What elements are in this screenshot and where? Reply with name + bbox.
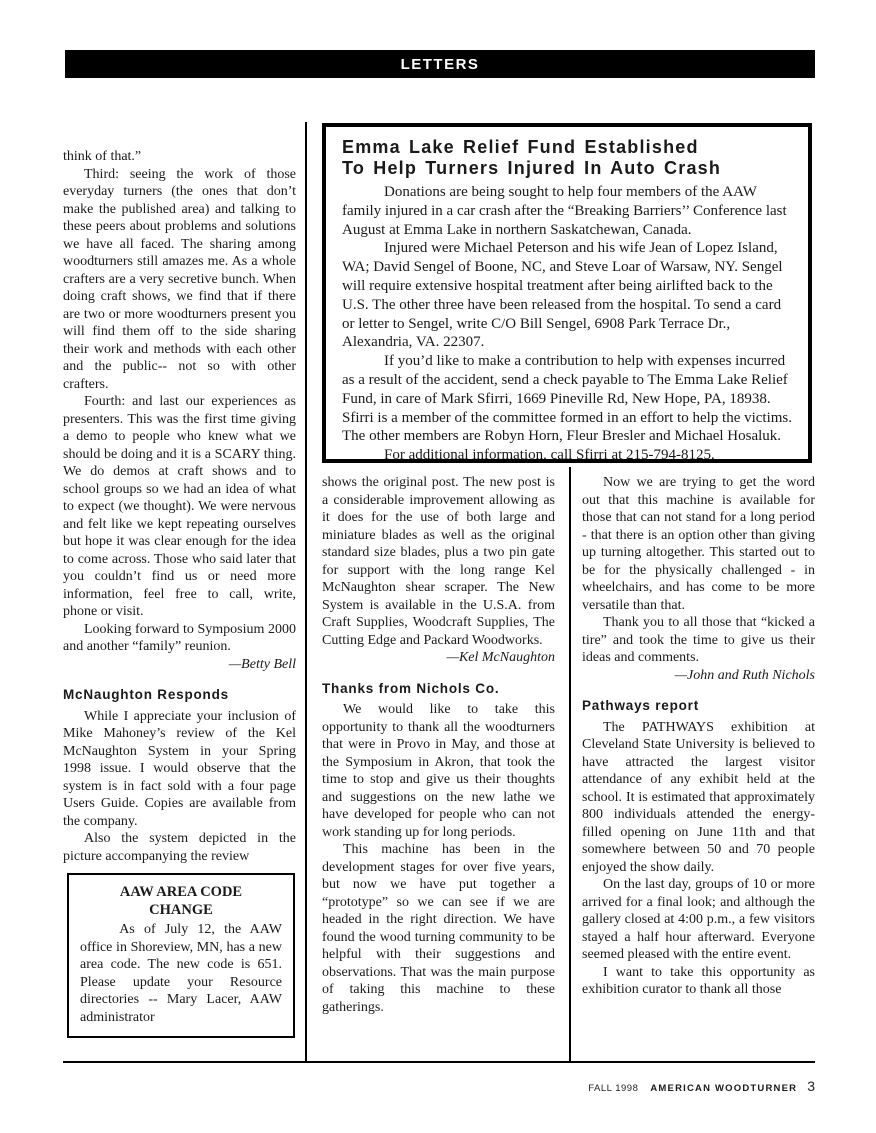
- paragraph: Thank you to all those that “kicked a ti…: [582, 614, 815, 667]
- paragraph: Looking forward to Symposium 2000 and an…: [63, 621, 296, 656]
- paragraph: For additional information, call Sfirri …: [342, 446, 792, 463]
- paragraph: While I appreciate your inclusion of Mik…: [63, 708, 296, 831]
- letter-heading-mcnaughton: McNaughton Responds: [63, 686, 296, 704]
- paragraph: Also the system depicted in the picture …: [63, 830, 296, 865]
- paragraph: As of July 12, the AAW office in Shorevi…: [80, 921, 282, 1026]
- paragraph: shows the original post. The new post is…: [322, 474, 555, 649]
- paragraph: If you’d like to make a contribution to …: [342, 352, 792, 446]
- letter-signature: —Betty Bell: [63, 656, 296, 674]
- magazine-page: LETTERS Emma Lake Relief Fund Establishe…: [0, 0, 876, 1133]
- letter-heading-pathways: Pathways report: [582, 697, 815, 715]
- footer-page-number: 3: [807, 1078, 815, 1094]
- column-divider-left: [305, 122, 307, 1061]
- right-column: Now we are trying to get the word out th…: [582, 474, 815, 1066]
- letter-signature: —John and Ruth Nichols: [582, 667, 815, 685]
- relief-fund-box: Emma Lake Relief Fund Established To Hel…: [322, 123, 812, 463]
- paragraph: This machine has been in the development…: [322, 841, 555, 1016]
- letter-signature: —Kel McNaughton: [322, 649, 555, 667]
- left-column: think of that.” Third: seeing the work o…: [63, 148, 296, 1060]
- column-divider-middle: [569, 467, 571, 1061]
- area-code-title: AAW AREA CODE CHANGE: [80, 883, 282, 919]
- relief-fund-title-line2: To Help Turners Injured In Auto Crash: [342, 158, 792, 179]
- paragraph: Now we are trying to get the word out th…: [582, 474, 815, 614]
- relief-fund-title: Emma Lake Relief Fund Established To Hel…: [342, 137, 792, 179]
- paragraph: We would like to take this opportunity t…: [322, 701, 555, 841]
- relief-fund-title-line1: Emma Lake Relief Fund Established: [342, 137, 792, 158]
- footer-issue-season: FALL 1998: [588, 1083, 638, 1094]
- section-header-bar: LETTERS: [65, 50, 815, 78]
- footer-rule: [63, 1061, 815, 1063]
- area-code-title-line1: AAW AREA CODE: [120, 884, 242, 900]
- paragraph: Third: seeing the work of those everyday…: [63, 166, 296, 394]
- paragraph: think of that.”: [63, 148, 296, 166]
- area-code-title-line2: CHANGE: [149, 902, 213, 918]
- middle-column: shows the original post. The new post is…: [322, 474, 555, 1066]
- paragraph: Injured were Michael Peterson and his wi…: [342, 239, 792, 352]
- paragraph: Fourth: and last our experiences as pres…: [63, 393, 296, 621]
- footer-journal-name: AMERICAN WOODTURNER: [650, 1083, 797, 1094]
- area-code-notice-box: AAW AREA CODE CHANGE As of July 12, the …: [67, 873, 295, 1038]
- paragraph: Donations are being sought to help four …: [342, 183, 792, 239]
- paragraph: On the last day, groups of 10 or more ar…: [582, 876, 815, 964]
- section-title: LETTERS: [401, 56, 480, 73]
- paragraph: The PATHWAYS exhibition at Cleveland Sta…: [582, 719, 815, 877]
- page-footer: FALL 1998AMERICAN WOODTURNER3: [63, 1078, 815, 1096]
- letter-heading-nichols: Thanks from Nichols Co.: [322, 680, 555, 698]
- paragraph: I want to take this opportunity as exhib…: [582, 964, 815, 999]
